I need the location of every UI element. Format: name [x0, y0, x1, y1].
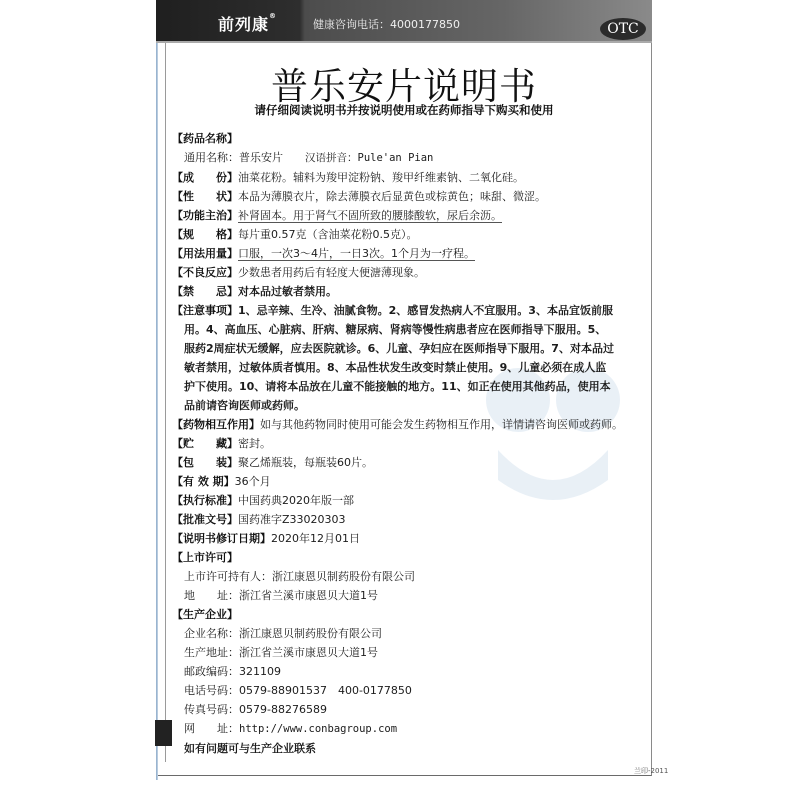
section-appearance: 【性 状】本品为薄膜衣片，除去薄膜衣后显黄色或棕黄色；味甜、微涩。 — [172, 187, 650, 206]
page-edge-mark — [155, 720, 172, 746]
section-marketing-authorization: 【上市许可】 — [172, 548, 650, 567]
section-indications: 【功能主治】补肾固本。用于肾气不固所致的腰膝酸软，尿后余沥。 — [172, 206, 650, 225]
generic-name: 通用名称：普乐安片 — [184, 151, 283, 164]
pinyin-name: 汉语拼音：Pule'an Pian — [305, 152, 433, 164]
section-package: 【包 装】聚乙烯瓶装，每瓶装60片。 — [172, 453, 650, 472]
section-ingredients: 【成 份】油菜花粉。辅料为羧甲淀粉钠、羧甲纤维素钠、二氧化硅。 — [172, 168, 650, 187]
section-interactions: 【药物相互作用】如与其他药物同时使用可能会发生药物相互作用，详情请咨询医师或药师… — [172, 415, 650, 434]
manufacturer-address: 生产地址：浙江省兰溪市康恩贝大道1号 — [172, 643, 650, 662]
authorization-address: 地 址：浙江省兰溪市康恩贝大道1号 — [172, 586, 650, 605]
section-adverse-reactions: 【不良反应】少数患者用药后有轻度大便溏薄现象。 — [172, 263, 650, 282]
section-contraindications: 【禁 忌】对本品过敏者禁用。 — [172, 282, 650, 301]
manufacturer-name: 企业名称：浙江康恩贝制药股份有限公司 — [172, 624, 650, 643]
authorization-holder: 上市许可持有人：浙江康恩贝制药股份有限公司 — [172, 567, 650, 586]
website-link[interactable]: http://www.conbagroup.com — [239, 723, 397, 735]
manufacturer-postcode: 邮政编码：321109 — [172, 662, 650, 681]
health-hotline: 健康咨询电话：4000177850 — [313, 16, 460, 32]
section-approval-number: 【批准文号】国药准字Z33020303 — [172, 510, 650, 529]
leaflet-content: 【药品名称】 通用名称：普乐安片汉语拼音：Pule'an Pian 【成 份】油… — [172, 129, 650, 758]
section-validity: 【有 效 期】36个月 — [172, 472, 650, 491]
manufacturer-fax: 传真号码：0579-88276589 — [172, 700, 650, 719]
drug-name-values: 通用名称：普乐安片汉语拼音：Pule'an Pian — [172, 148, 650, 168]
section-storage: 【贮 藏】密封。 — [172, 434, 650, 453]
document-subtitle: 请仔细阅读说明书并按说明使用或在药师指导下购买和使用 — [156, 102, 652, 118]
brand-logo: 前列康® — [218, 12, 277, 35]
contact-note: 如有问题可与生产企业联系 — [172, 739, 650, 758]
section-precautions: 【注意事项】1、忌辛辣、生冷、油腻食物。2、感冒发热病人不宜服用。3、本品宜饭前… — [172, 301, 650, 320]
manufacturer-website: 网 址：http://www.conbagroup.com — [172, 719, 650, 739]
precautions-line: 品前请咨询医师或药师。 — [172, 396, 650, 415]
otc-badge: OTC — [600, 18, 646, 40]
section-manufacturer: 【生产企业】 — [172, 605, 650, 624]
section-revision-date: 【说明书修订日期】2020年12月01日 — [172, 529, 650, 548]
precautions-line: 用。4、高血压、心脏病、肝病、糖尿病、肾病等慢性病患者应在医师指导下服用。5、 — [172, 320, 650, 339]
section-drug-name: 【药品名称】 — [172, 129, 650, 148]
section-specification: 【规 格】每片重0.57克（含油菜花粉0.5克）。 — [172, 225, 650, 244]
precautions-line: 敏者禁用，过敏体质者慎用。8、本品性状发生改变时禁止使用。9、儿童必须在成人监 — [172, 358, 650, 377]
manufacturer-phone: 电话号码：0579-88901537 400-0177850 — [172, 681, 650, 700]
page-left-edge — [156, 42, 158, 780]
precautions-line: 护下使用。10、请将本品放在儿童不能接触的地方。11、如正在使用其他药品，使用本 — [172, 377, 650, 396]
precautions-line: 服药2周症状无缓解，应去医院就诊。6、儿童、孕妇应在医师指导下服用。7、对本品过 — [172, 339, 650, 358]
page-inner-border — [165, 42, 166, 762]
print-code: 兰印-2011 — [634, 766, 668, 776]
section-dosage: 【用法用量】口服，一次3～4片，一日3次。1个月为一疗程。 — [172, 244, 650, 263]
section-standard: 【执行标准】中国药典2020年版一部 — [172, 491, 650, 510]
